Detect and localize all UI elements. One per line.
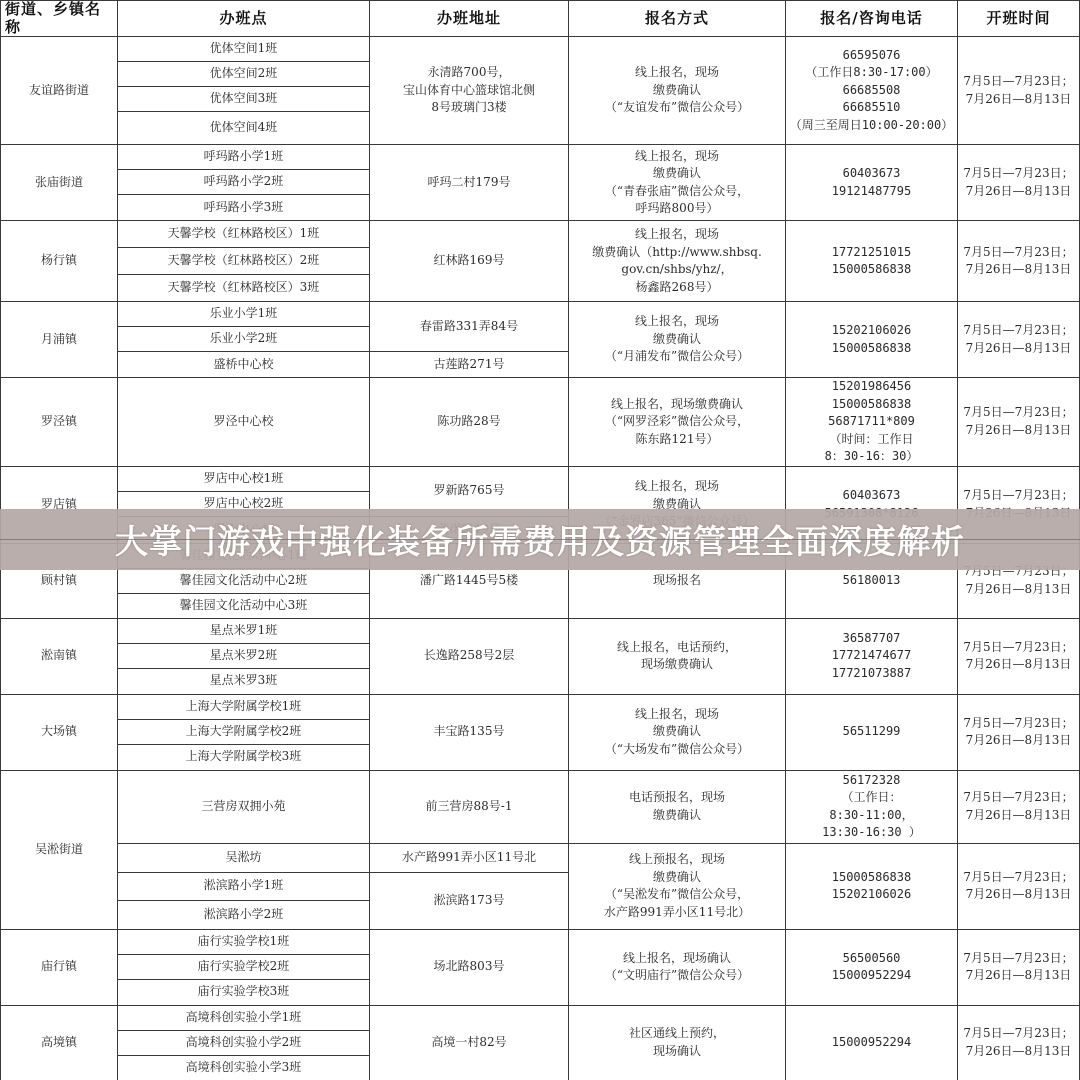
phone-cell: 66595076 （工作日8:30-17:00） 66685508 666855… — [786, 37, 958, 145]
time-cell: 7月5日—7月23日； 7月26日—8月13日 — [958, 694, 1080, 770]
table-row: 杨行镇 天馨学校（红林路校区）1班 红林路169号 线上报名，现场 缴费确认（h… — [1, 221, 1080, 248]
time-cell: 7月5日—7月23日； 7月26日—8月13日 — [958, 770, 1080, 843]
time-cell: 7月5日—7月23日； 7月26日—8月13日 — [958, 221, 1080, 302]
method-cell: 线上报名，电话预约， 现场缴费确认 — [569, 618, 786, 694]
address-cell: 陈功路28号 — [370, 378, 569, 467]
address-cell: 场北路803号 — [370, 929, 569, 1005]
method-cell: 线上报名，现场 缴费确认 （“月浦发布”微信公众号） — [569, 302, 786, 378]
address-cell: 红林路169号 — [370, 221, 569, 302]
site-cell: 呼玛路小学2班 — [118, 170, 370, 195]
method-cell: 线上报名，现场 缴费确认 （“友谊发布”微信公众号） — [569, 37, 786, 145]
header-method: 报名方式 — [569, 1, 786, 37]
site-cell: 星点米罗3班 — [118, 668, 370, 694]
time-cell: 7月5日—7月23日； 7月26日—8月13日 — [958, 929, 1080, 1005]
street-name: 友谊路街道 — [1, 37, 118, 145]
table-row: 高境镇 高境科创实验小学1班 高境一村82号 社区通线上预约， 现场确认 150… — [1, 1005, 1080, 1030]
site-cell: 上海大学附属学校2班 — [118, 719, 370, 744]
address-cell: 春雷路331弄84号 — [370, 302, 569, 352]
address-cell: 前三营房88号-1 — [370, 770, 569, 843]
header-street: 街道、乡镇名称 — [1, 1, 118, 37]
site-cell: 呼玛路小学3班 — [118, 195, 370, 221]
site-cell: 天馨学校（红林路校区）3班 — [118, 275, 370, 302]
method-cell: 社区通线上预约， 现场确认 — [569, 1005, 786, 1080]
site-cell: 馨佳园文化活动中心2班 — [118, 568, 370, 593]
address-cell: 丰宝路135号 — [370, 694, 569, 770]
street-name: 月浦镇 — [1, 302, 118, 378]
site-cell: 上海大学附属学校3班 — [118, 744, 370, 770]
method-cell: 线上报名，现场缴费确认 （“网罗泾彩”微信公众号， 陈东路121号） — [569, 378, 786, 467]
table-row: 友谊路街道 优体空间1班 永清路700号， 宝山体育中心篮球馆北侧 8号玻璃门3… — [1, 37, 1080, 62]
site-cell: 高境科创实验小学2班 — [118, 1030, 370, 1055]
table-row: 罗店镇 罗店中心校1班 罗新路765号 线上报名，现场 缴费确认 （“金罗店36… — [1, 466, 1080, 491]
method-cell: 线上报名，现场确认 （“文明庙行”微信公众号） — [569, 929, 786, 1005]
site-cell: 乐业小学1班 — [118, 302, 370, 327]
site-cell: 盛桥中心校 — [118, 352, 370, 378]
banner-divider — [0, 539, 1080, 540]
address-cell: 淞滨路173号 — [370, 872, 569, 929]
title-banner-overlay: 大掌门游戏中强化装备所需费用及资源管理全面深度解析 — [0, 509, 1080, 570]
site-cell: 罗泾中心校 — [118, 378, 370, 467]
method-cell: 线上报名，现场 缴费确认 （“大场发布”微信公众号） — [569, 694, 786, 770]
phone-cell: 56172328 （工作日： 8:30-11:00， 13:30-16:30 ） — [786, 770, 958, 843]
site-cell: 高境科创实验小学1班 — [118, 1005, 370, 1030]
table-row: 吴淞坊 水产路991弄小区11号北 线上预报名，现场 缴费确认 （“吴淞发布”微… — [1, 843, 1080, 872]
time-cell: 7月5日—7月23日； 7月26日—8月13日 — [958, 302, 1080, 378]
street-name: 高境镇 — [1, 1005, 118, 1080]
table-row: 罗泾镇 罗泾中心校 陈功路28号 线上报名，现场缴费确认 （“网罗泾彩”微信公众… — [1, 378, 1080, 467]
site-cell: 庙行实验学校2班 — [118, 954, 370, 979]
street-name: 吴淞街道 — [1, 770, 118, 929]
header-time: 开班时间 — [958, 1, 1080, 37]
street-name: 大场镇 — [1, 694, 118, 770]
time-cell: 7月5日—7月23日； 7月26日—8月13日 — [958, 618, 1080, 694]
street-name: 罗泾镇 — [1, 378, 118, 467]
time-cell: 7月5日—7月23日； 7月26日—8月13日 — [958, 378, 1080, 467]
phone-cell: 15202106026 15000586838 — [786, 302, 958, 378]
method-cell: 线上预报名，现场 缴费确认 （“吴淞发布”微信公众号， 水产路991弄小区11号… — [569, 843, 786, 929]
site-cell: 星点米罗2班 — [118, 643, 370, 668]
time-cell: 7月5日—7月23日； 7月26日—8月13日 — [958, 37, 1080, 145]
method-cell: 线上报名，现场 缴费确认（http://www.shbsq. gov.cn/sh… — [569, 221, 786, 302]
method-cell: 线上报名，现场 缴费确认 （“青春张庙”微信公众号， 呼玛路800号） — [569, 145, 786, 221]
table-row: 淞南镇 星点米罗1班 长逸路258号2层 线上报名，电话预约， 现场缴费确认 3… — [1, 618, 1080, 643]
phone-cell: 17721251015 15000586838 — [786, 221, 958, 302]
site-cell: 优体空间4班 — [118, 112, 370, 145]
address-cell: 永清路700号， 宝山体育中心篮球馆北侧 8号玻璃门3楼 — [370, 37, 569, 145]
site-cell: 天馨学校（红林路校区）1班 — [118, 221, 370, 248]
time-cell: 7月5日—7月23日； 7月26日—8月13日 — [958, 1005, 1080, 1080]
phone-cell: 36587707 17721474677 17721073887 — [786, 618, 958, 694]
table-header-row: 街道、乡镇名称 办班点 办班地址 报名方式 报名/咨询电话 开班时间 — [1, 1, 1080, 37]
header-address: 办班地址 — [370, 1, 569, 37]
site-cell: 天馨学校（红林路校区）2班 — [118, 248, 370, 275]
table-row: 大场镇 上海大学附属学校1班 丰宝路135号 线上报名，现场 缴费确认 （“大场… — [1, 694, 1080, 719]
time-cell: 7月5日—7月23日； 7月26日—8月13日 — [958, 843, 1080, 929]
phone-cell: 56500560 15000952294 — [786, 929, 958, 1005]
time-cell: 7月5日—7月23日； 7月26日—8月13日 — [958, 145, 1080, 221]
address-cell: 呼玛二村179号 — [370, 145, 569, 221]
site-cell: 星点米罗1班 — [118, 618, 370, 643]
address-cell: 水产路991弄小区11号北 — [370, 843, 569, 872]
site-cell: 高境科创实验小学3班 — [118, 1055, 370, 1080]
site-cell: 淞滨路小学2班 — [118, 900, 370, 929]
site-cell: 罗店中心校1班 — [118, 466, 370, 491]
address-cell: 古莲路271号 — [370, 352, 569, 378]
phone-cell: 15000586838 15202106026 — [786, 843, 958, 929]
site-cell: 馨佳园文化活动中心3班 — [118, 593, 370, 618]
site-cell: 庙行实验学校1班 — [118, 929, 370, 954]
header-site: 办班点 — [118, 1, 370, 37]
site-cell: 吴淞坊 — [118, 843, 370, 872]
table-row: 吴淞街道 三营房双拥小苑 前三营房88号-1 电话预报名，现场 缴费确认 561… — [1, 770, 1080, 843]
site-cell: 上海大学附属学校1班 — [118, 694, 370, 719]
site-cell: 淞滨路小学1班 — [118, 872, 370, 900]
site-cell: 庙行实验学校3班 — [118, 979, 370, 1005]
phone-cell: 15201986456 15000586838 56871711*809 （时间… — [786, 378, 958, 467]
street-name: 庙行镇 — [1, 929, 118, 1005]
site-cell: 呼玛路小学1班 — [118, 145, 370, 170]
site-cell: 三营房双拥小苑 — [118, 770, 370, 843]
phone-cell: 60403673 19121487795 — [786, 145, 958, 221]
site-cell: 优体空间2班 — [118, 62, 370, 87]
phone-cell: 56511299 — [786, 694, 958, 770]
table-row: 庙行镇 庙行实验学校1班 场北路803号 线上报名，现场确认 （“文明庙行”微信… — [1, 929, 1080, 954]
header-phone: 报名/咨询电话 — [786, 1, 958, 37]
address-cell: 长逸路258号2层 — [370, 618, 569, 694]
site-cell: 乐业小学2班 — [118, 327, 370, 352]
table-row: 月浦镇 乐业小学1班 春雷路331弄84号 线上报名，现场 缴费确认 （“月浦发… — [1, 302, 1080, 327]
site-cell: 优体空间1班 — [118, 37, 370, 62]
street-name: 杨行镇 — [1, 221, 118, 302]
phone-cell: 15000952294 — [786, 1005, 958, 1080]
street-name: 张庙街道 — [1, 145, 118, 221]
method-cell: 电话预报名，现场 缴费确认 — [569, 770, 786, 843]
table-row: 张庙街道 呼玛路小学1班 呼玛二村179号 线上报名，现场 缴费确认 （“青春张… — [1, 145, 1080, 170]
address-cell: 高境一村82号 — [370, 1005, 569, 1080]
street-name: 淞南镇 — [1, 618, 118, 694]
site-cell: 优体空间3班 — [118, 87, 370, 112]
